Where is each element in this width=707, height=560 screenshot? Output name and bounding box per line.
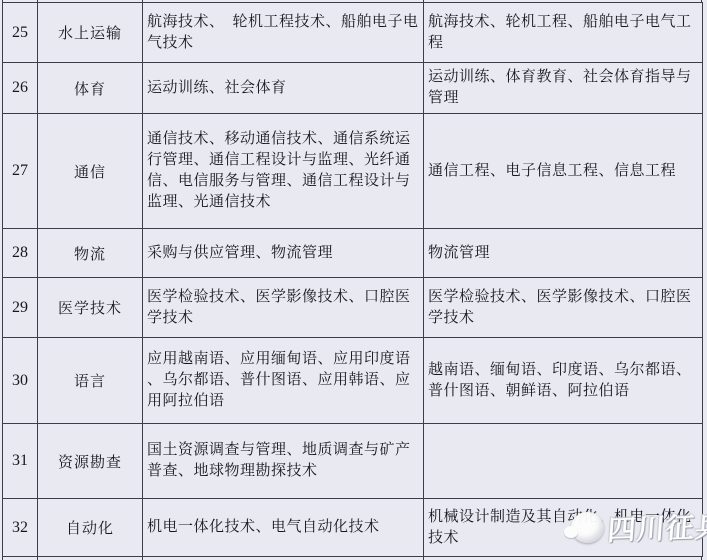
- table-row: 32自动化机电一体化技术、电气自动化技术机械设计制造及其自动化、机电一体化技术: [3, 499, 703, 557]
- row-number-cell-text: 26: [12, 79, 28, 97]
- majors-list-a-cell-text: 国土资源调查与管理、地质调查与矿产普查、地球物理勘探技术: [147, 440, 419, 482]
- row-number-cell: 32: [3, 499, 38, 557]
- row-number-cell-text: 31: [12, 452, 28, 470]
- category-cell: 语言: [38, 338, 143, 424]
- majors-list-a-cell: 国土资源调查与管理、地质调查与矿产普查、地球物理勘探技术: [143, 424, 424, 499]
- table-row: 29医学技术医学检验技术、医学影像技术、口腔医学技术医学检验技术、医学影像技术、…: [3, 278, 703, 338]
- category-cell: 体育: [38, 63, 143, 114]
- majors-list-b-cell-text: 运动训练、体育教育、社会体育指导与管理: [428, 67, 698, 109]
- row-number-cell-text: 30: [12, 372, 28, 390]
- category-cell-text: 自动化: [66, 517, 114, 538]
- table-row: 28物流采购与供应管理、物流管理物流管理: [3, 229, 703, 278]
- table-row: 30语言应用越南语、应用缅甸语、应用印度语、乌尔都语、普什图语、应用韩语、应用阿…: [3, 338, 703, 424]
- majors-list-a-cell-text: 应用越南语、应用缅甸语、应用印度语、乌尔都语、普什图语、应用韩语、应用阿拉伯语: [147, 349, 419, 412]
- majors-list-b-cell-text: 医学检验技术、医学影像技术、口腔医学技术: [428, 287, 698, 329]
- row-number-cell-text: 32: [12, 519, 28, 537]
- majors-list-a-cell-text: 运动训练、社会体育: [147, 78, 287, 99]
- row-number-cell: 25: [3, 3, 38, 63]
- majors-table: 25水上运输航海技术、 轮机工程技术、船舶电子电气技术航海技术、轮机工程、船舶电…: [2, 2, 703, 557]
- category-cell-text: 物流: [74, 243, 106, 264]
- majors-list-a-cell: 医学检验技术、医学影像技术、口腔医学技术: [143, 278, 424, 338]
- table-row: 25水上运输航海技术、 轮机工程技术、船舶电子电气技术航海技术、轮机工程、船舶电…: [3, 3, 703, 63]
- row-number-cell: 30: [3, 338, 38, 424]
- majors-list-b-cell: 医学检验技术、医学影像技术、口腔医学技术: [424, 278, 703, 338]
- majors-list-b-cell: 通信工程、电子信息工程、信息工程: [424, 114, 703, 229]
- row-number-cell-text: 25: [12, 24, 28, 42]
- category-cell-text: 水上运输: [58, 22, 122, 43]
- table-row: 26体育运动训练、社会体育运动训练、体育教育、社会体育指导与管理: [3, 63, 703, 114]
- majors-list-a-cell: 应用越南语、应用缅甸语、应用印度语、乌尔都语、普什图语、应用韩语、应用阿拉伯语: [143, 338, 424, 424]
- table-row: 27通信通信技术、移动通信技术、通信系统运行管理、通信工程设计与监理、光纤通信、…: [3, 114, 703, 229]
- row-number-cell: 29: [3, 278, 38, 338]
- majors-list-a-cell: 运动训练、社会体育: [143, 63, 424, 114]
- majors-list-a-cell-text: 机电一体化技术、电气自动化技术: [147, 517, 380, 538]
- category-cell: 资源勘查: [38, 424, 143, 499]
- document-page: 25水上运输航海技术、 轮机工程技术、船舶电子电气技术航海技术、轮机工程、船舶电…: [0, 0, 707, 560]
- majors-list-a-cell-text: 采购与供应管理、物流管理: [147, 243, 333, 264]
- category-cell: 医学技术: [38, 278, 143, 338]
- majors-list-a-cell-text: 航海技术、 轮机工程技术、船舶电子电气技术: [147, 12, 419, 54]
- majors-list-b-cell-text: 物流管理: [428, 243, 490, 264]
- majors-list-b-cell: 物流管理: [424, 229, 703, 278]
- majors-list-a-cell: 采购与供应管理、物流管理: [143, 229, 424, 278]
- majors-list-a-cell-text: 医学检验技术、医学影像技术、口腔医学技术: [147, 287, 419, 329]
- majors-list-a-cell: 机电一体化技术、电气自动化技术: [143, 499, 424, 557]
- category-cell: 水上运输: [38, 3, 143, 63]
- majors-list-a-cell: 航海技术、 轮机工程技术、船舶电子电气技术: [143, 3, 424, 63]
- majors-list-b-cell-text: 越南语、缅甸语、印度语、乌尔都语、普什图语、朝鲜语、阿拉伯语: [428, 360, 698, 402]
- row-number-cell: 31: [3, 424, 38, 499]
- majors-list-b-cell: 机械设计制造及其自动化、机电一体化技术: [424, 499, 703, 557]
- majors-list-b-cell-text: 航海技术、轮机工程、船舶电子电气工程: [428, 12, 698, 54]
- category-cell-text: 体育: [74, 78, 106, 99]
- category-cell-text: 医学技术: [58, 297, 122, 318]
- category-cell: 通信: [38, 114, 143, 229]
- majors-list-a-cell: 通信技术、移动通信技术、通信系统运行管理、通信工程设计与监理、光纤通信、电信服务…: [143, 114, 424, 229]
- majors-list-b-cell: 越南语、缅甸语、印度语、乌尔都语、普什图语、朝鲜语、阿拉伯语: [424, 338, 703, 424]
- majors-list-b-cell-text: 通信工程、电子信息工程、信息工程: [428, 161, 676, 182]
- category-cell-text: 语言: [74, 370, 106, 391]
- majors-list-b-cell-text: 机械设计制造及其自动化、机电一体化技术: [428, 507, 698, 549]
- category-cell-text: 资源勘查: [58, 451, 122, 472]
- majors-list-b-cell: [424, 424, 703, 499]
- majors-list-b-cell: 运动训练、体育教育、社会体育指导与管理: [424, 63, 703, 114]
- row-number-cell-text: 28: [12, 244, 28, 262]
- category-cell: 物流: [38, 229, 143, 278]
- row-number-cell: 28: [3, 229, 38, 278]
- table-row: 31资源勘查国土资源调查与管理、地质调查与矿产普查、地球物理勘探技术: [3, 424, 703, 499]
- category-cell-text: 通信: [74, 161, 106, 182]
- majors-list-a-cell-text: 通信技术、移动通信技术、通信系统运行管理、通信工程设计与监理、光纤通信、电信服务…: [147, 129, 419, 213]
- row-number-cell: 26: [3, 63, 38, 114]
- majors-list-b-cell: 航海技术、轮机工程、船舶电子电气工程: [424, 3, 703, 63]
- category-cell: 自动化: [38, 499, 143, 557]
- row-number-cell-text: 27: [12, 162, 28, 180]
- row-number-cell-text: 29: [12, 299, 28, 317]
- row-number-cell: 27: [3, 114, 38, 229]
